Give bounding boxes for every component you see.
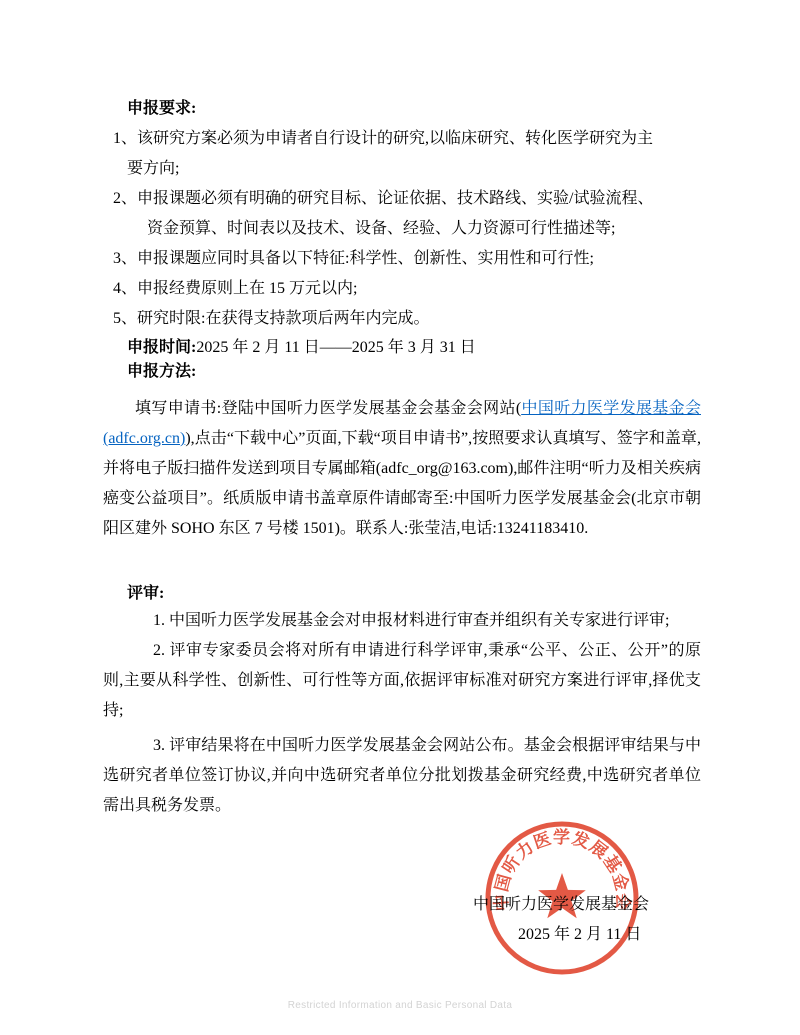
- method-heading: 申报方法:: [127, 357, 196, 387]
- application-period-label: 申报时间:: [127, 339, 196, 356]
- footer-classification-label: Restricted Information and Basic Persona…: [0, 1000, 800, 1011]
- signature-org: 中国听力医学发展基金会: [473, 893, 649, 917]
- requirement-item-line: 2、申报课题必须有明确的研究目标、论证依据、技术路线、实验/试验流程、: [103, 184, 703, 214]
- requirement-item-line: 3、申报课题应同时具备以下特征:科学性、创新性、实用性和可行性;: [103, 244, 703, 274]
- review-item-1: 1. 中国听力医学发展基金会对申报材料进行审查并组织有关专家进行评审;: [103, 606, 701, 636]
- document-page: 申报要求: 1、该研究方案必须为申请者自行设计的研究,以临床研究、转化医学研究为…: [0, 0, 800, 1035]
- signature-date: 2025 年 2 月 11 日: [518, 923, 641, 947]
- method-text-before-link: 填写申请书:登陆中国听力医学发展基金会基金会网站(: [135, 400, 521, 417]
- method-text-after-link: ),点击“下载中心”页面,下载“项目申请书”,按照要求认真填写、签字和盖章,并将…: [103, 430, 701, 537]
- requirement-item-line: 5、研究时限:在获得支持款项后两年内完成。: [103, 304, 703, 334]
- review-item-2: 2. 评审专家委员会将对所有申请进行科学评审,秉承“公平、公正、公开”的原则,主…: [103, 636, 701, 726]
- review-item-3: 3. 评审结果将在中国听力医学发展基金会网站公布。基金会根据评审结果与中选研究者…: [103, 731, 701, 821]
- requirement-item-line: 要方向;: [103, 154, 703, 184]
- requirement-item-line: 资金预算、时间表以及技术、设备、经验、人力资源可行性描述等;: [103, 214, 703, 244]
- review-heading: 评审:: [127, 579, 164, 609]
- requirements-list: 1、该研究方案必须为申请者自行设计的研究,以临床研究、转化医学研究为主 要方向;…: [103, 124, 703, 334]
- requirements-heading: 申报要求:: [127, 95, 196, 118]
- application-period-value: 2025 年 2 月 11 日——2025 年 3 月 31 日: [196, 339, 475, 356]
- method-paragraph: 填写申请书:登陆中国听力医学发展基金会基金会网站(中国听力医学发展基金会 (ad…: [103, 394, 701, 544]
- requirement-item-line: 4、申报经费原则上在 15 万元以内;: [103, 274, 703, 304]
- requirement-item-line: 1、该研究方案必须为申请者自行设计的研究,以临床研究、转化医学研究为主: [103, 124, 703, 154]
